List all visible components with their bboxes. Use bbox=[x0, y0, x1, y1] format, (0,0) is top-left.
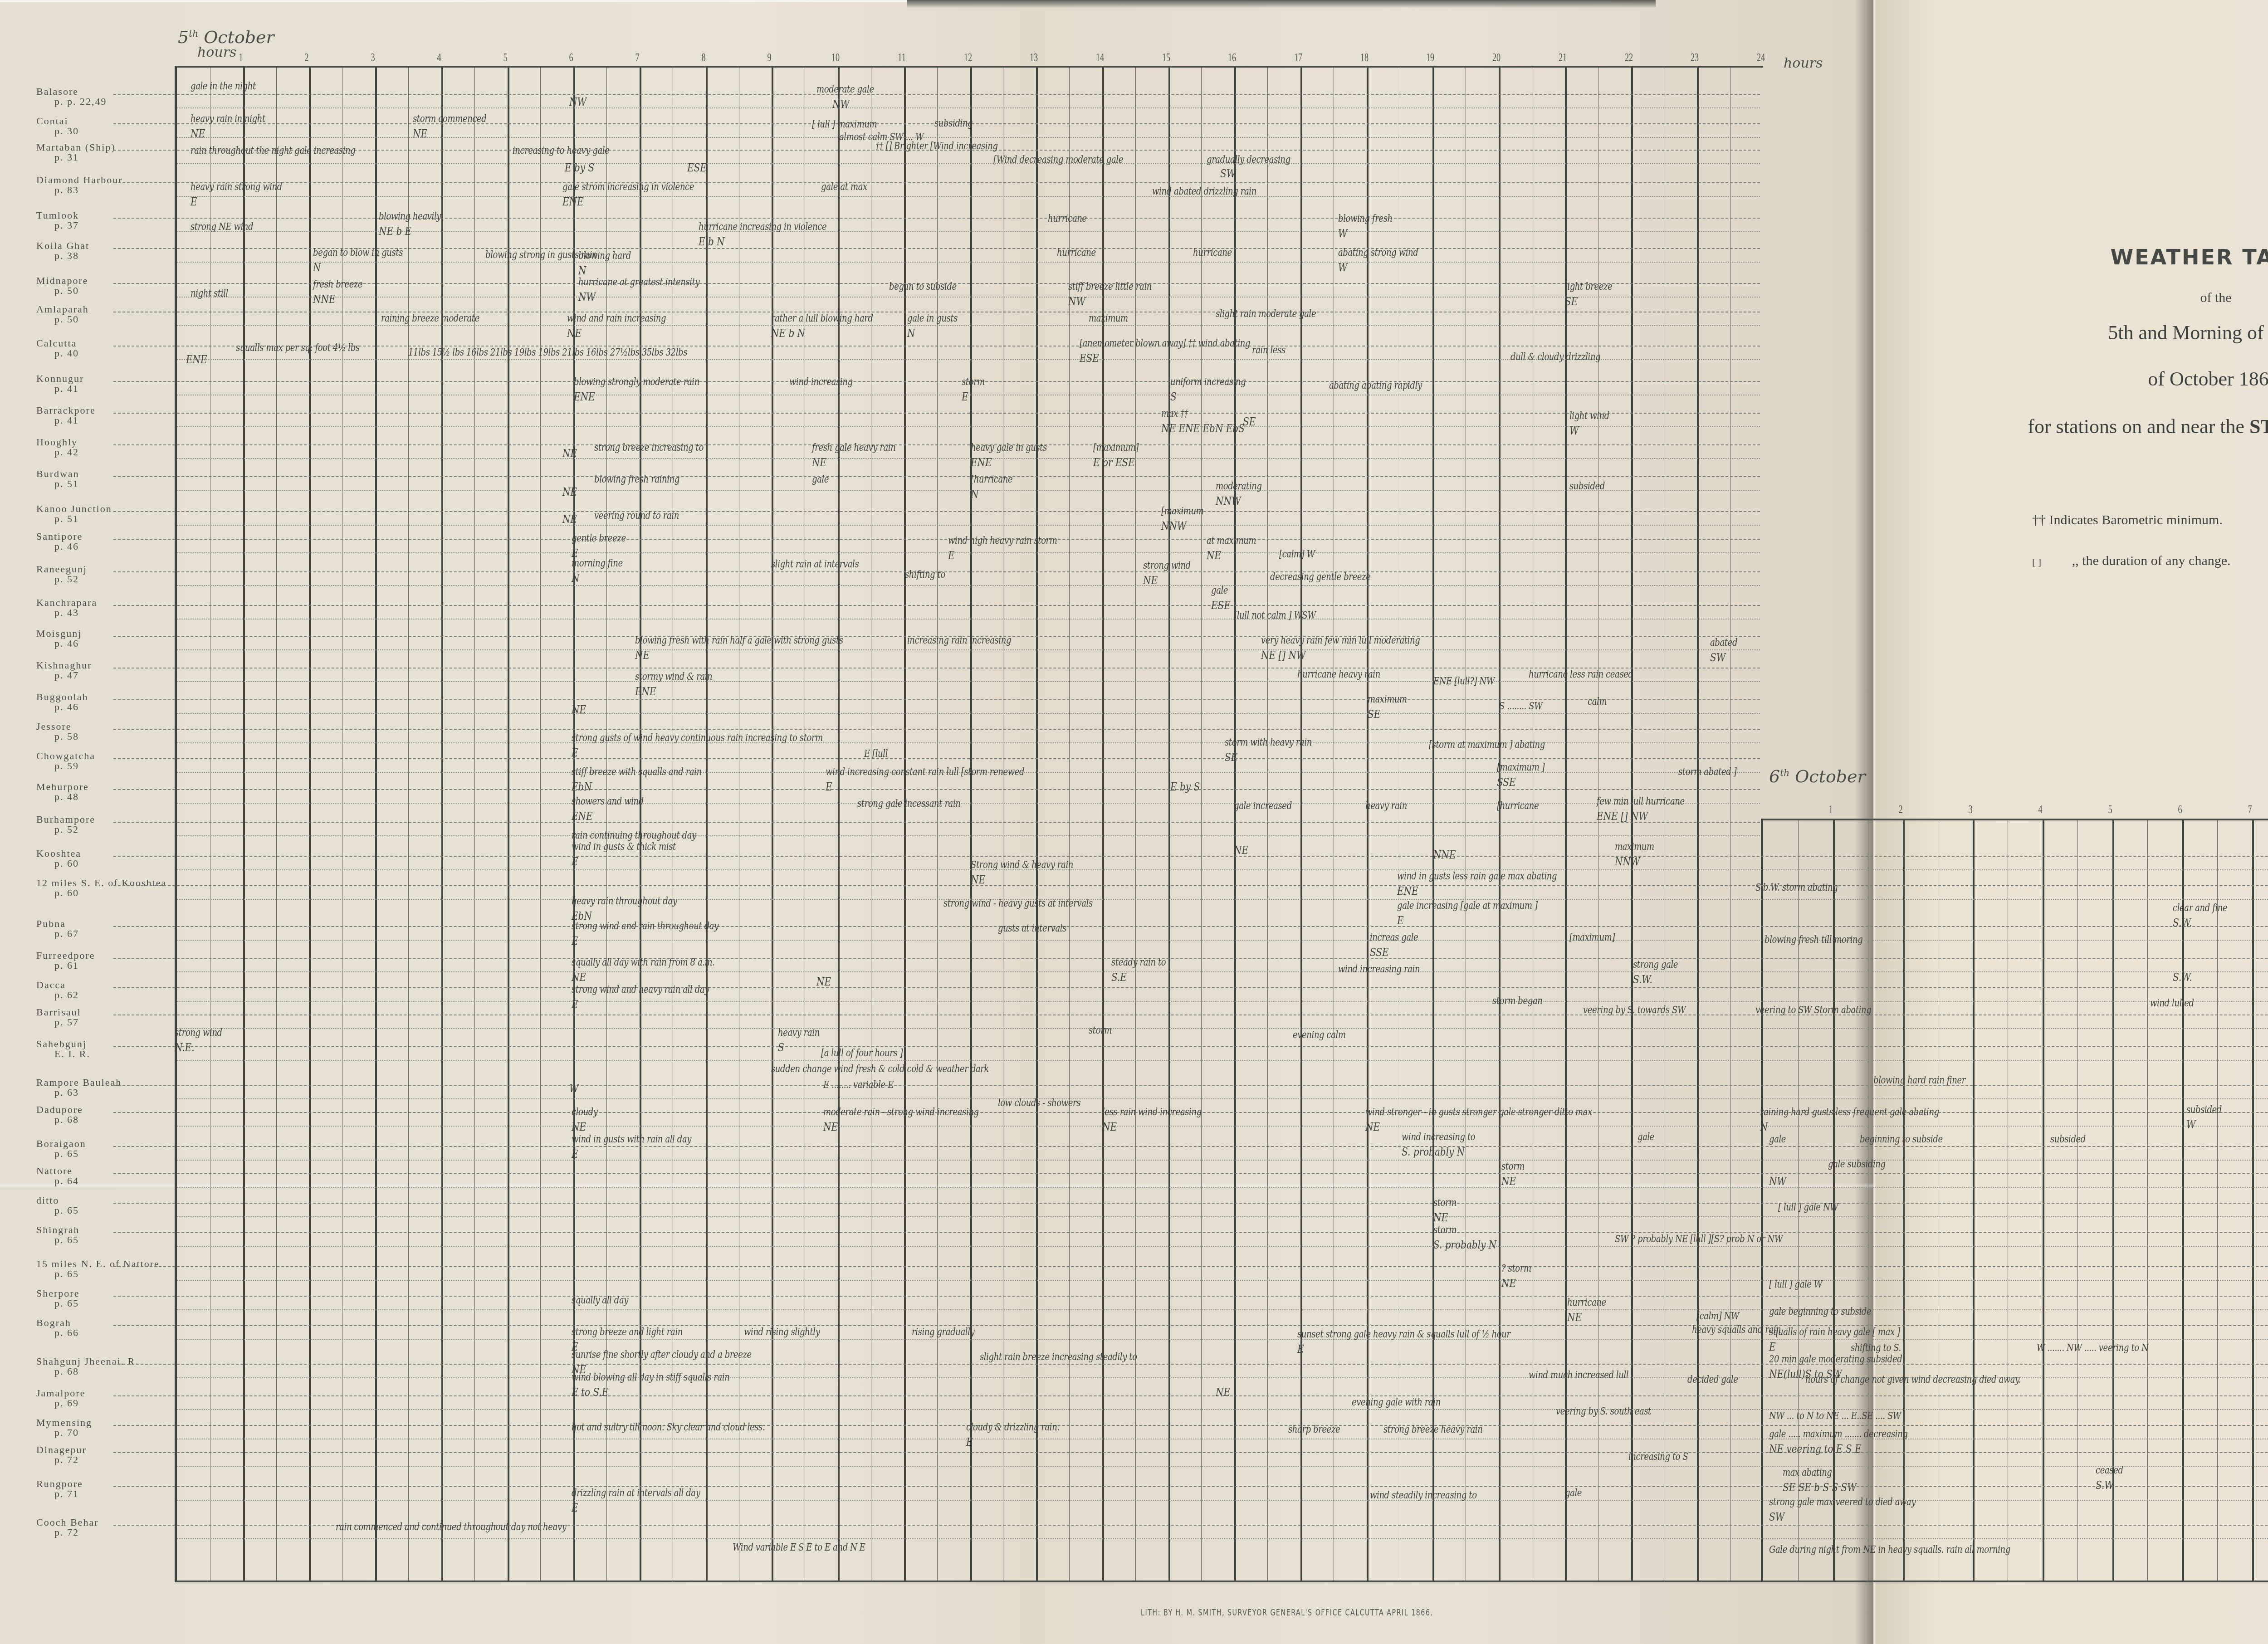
wind-direction: N bbox=[572, 571, 580, 585]
wind-direction: NE bbox=[1501, 1277, 1516, 1290]
weather-note: rain throughout the night gale increasin… bbox=[191, 145, 355, 156]
storm-track-emphasis: STORM TRACK. bbox=[2249, 415, 2268, 438]
weather-note: gusts at intervals bbox=[998, 923, 1066, 934]
weather-note: strong wind and rain throughout day bbox=[572, 921, 719, 932]
hour-label: 14 bbox=[1096, 51, 1104, 64]
weather-note: strong wind and heavy rain all day bbox=[572, 984, 709, 995]
wind-direction: ESE bbox=[1211, 599, 1231, 612]
weather-note: uniform increasing bbox=[1170, 376, 1246, 388]
station-page-ref: p. 46 bbox=[36, 541, 181, 551]
station-name: Boraigaon bbox=[36, 1139, 181, 1149]
weather-note: [ lull ] gale W bbox=[1769, 1279, 1822, 1290]
wind-direction-row-line bbox=[177, 552, 1760, 553]
station-name: Rungpore bbox=[36, 1479, 181, 1489]
wind-direction: N bbox=[971, 488, 979, 501]
station-label: Boraigaonp. 65 bbox=[36, 1139, 181, 1159]
weather-note: rain continuing throughout day bbox=[572, 830, 696, 841]
weather-note: squally all day with rain from 8 a.m. bbox=[572, 957, 715, 968]
station-name: Midnapore bbox=[36, 276, 181, 286]
station-name: 12 miles S. E. of Kooshtea bbox=[36, 878, 181, 888]
weather-note: wind stronger - in gusts stronger gale s… bbox=[1365, 1107, 1592, 1118]
station-name: Rampore Bauleah bbox=[36, 1078, 181, 1088]
weather-note: [lull not calm ] WSW bbox=[1234, 610, 1316, 621]
weather-note: shifting to bbox=[905, 569, 945, 581]
station-name: Barrisaul bbox=[36, 1007, 181, 1017]
wind-direction: S.W. bbox=[1633, 973, 1652, 986]
weather-note: storm bbox=[1501, 1161, 1525, 1172]
weather-note: 20 min gale moderating subsided bbox=[1769, 1354, 1902, 1365]
weather-note: gale bbox=[1637, 1132, 1654, 1143]
station-page-ref: p. 69 bbox=[36, 1398, 181, 1408]
wind-direction-row-line bbox=[177, 196, 1760, 197]
wind-direction: ENE bbox=[574, 390, 595, 403]
weather-note: maximum bbox=[1615, 841, 1654, 853]
weather-note: strong gusts of wind heavy continuous ra… bbox=[572, 732, 823, 744]
station-page-ref: p. 46 bbox=[36, 702, 181, 712]
wind-direction: NE bbox=[567, 327, 582, 340]
wind-direction: NW bbox=[1068, 295, 1085, 308]
weather-note: evening calm bbox=[1293, 1029, 1346, 1041]
hour-label: 2 bbox=[1898, 803, 1902, 816]
hour-gridline bbox=[441, 68, 443, 1581]
weather-note: gale bbox=[1769, 1134, 1786, 1145]
weather-note: hurricane bbox=[1193, 247, 1232, 259]
station-name: Kishnaghur bbox=[36, 660, 181, 670]
weather-note: [calm] W bbox=[1279, 549, 1315, 560]
wind-direction: ENE bbox=[562, 195, 584, 208]
weather-note: wind lulled bbox=[2150, 998, 2194, 1009]
station-row-line bbox=[113, 668, 1760, 668]
station-label: Moisgunjp. 46 bbox=[36, 629, 181, 649]
weather-note: SW ? probably NE [lull ][S? prob N or NW bbox=[1615, 1234, 1783, 1245]
weather-note: wind blowing all day in stiff squalls ra… bbox=[572, 1372, 729, 1383]
legend-duration-change: [ ] ,, the duration of any change. bbox=[2032, 553, 2231, 569]
station-name: Pubna bbox=[36, 919, 181, 929]
weather-note: strong wind bbox=[1143, 560, 1191, 571]
wind-direction-row-line bbox=[177, 1246, 2268, 1247]
weather-note: gale bbox=[1211, 585, 1228, 596]
double-dagger-icon: †† bbox=[2032, 512, 2046, 527]
weather-note: rain commenced and continued throughout … bbox=[336, 1522, 566, 1533]
station-name: Balasore bbox=[36, 87, 181, 97]
station-name: ditto bbox=[36, 1195, 181, 1205]
wind-direction-row-line bbox=[177, 1160, 2268, 1161]
station-name: Dinagepur bbox=[36, 1445, 181, 1455]
wind-direction: E bbox=[572, 855, 578, 868]
weather-note: S.b.W. storm abating bbox=[1755, 882, 1838, 893]
wind-direction: NNW bbox=[1615, 855, 1640, 868]
station-label: Furreedporep. 61 bbox=[36, 951, 181, 971]
hour-label: 4 bbox=[437, 51, 441, 64]
wind-direction-row-line bbox=[177, 107, 1760, 108]
hour-label: 7 bbox=[635, 51, 639, 64]
wind-direction-row-line bbox=[177, 297, 1760, 298]
station-row-line bbox=[113, 1173, 2268, 1174]
wind-direction-row-line bbox=[177, 971, 2268, 972]
station-name: Nattore bbox=[36, 1166, 181, 1176]
hour-gridline bbox=[309, 68, 311, 1581]
weather-note: beginning to subside bbox=[1860, 1134, 1943, 1145]
wind-direction: E bbox=[572, 998, 578, 1011]
station-name: Kanoo Junction bbox=[36, 504, 181, 514]
hour-gridline bbox=[508, 68, 509, 1581]
wind-direction: SE bbox=[1225, 751, 1237, 764]
weather-note: storm bbox=[1089, 1025, 1112, 1036]
station-page-ref: p. 65 bbox=[36, 1205, 181, 1215]
wind-direction: E to S.E bbox=[572, 1385, 608, 1399]
weather-note: hurricane less rain ceased bbox=[1529, 669, 1633, 680]
wind-direction: S.W. bbox=[2173, 971, 2192, 984]
hour-label: 13 bbox=[1030, 51, 1038, 64]
station-page-ref: p. 66 bbox=[36, 1328, 181, 1338]
wind-direction: ENE bbox=[635, 685, 656, 698]
wind-direction-row-line bbox=[177, 869, 2268, 870]
hour-label: 3 bbox=[1968, 803, 1972, 816]
weather-note: veering by S. towards SW bbox=[1583, 1005, 1686, 1016]
weather-note: [maximum] bbox=[1093, 442, 1139, 454]
weather-note: slight rain moderate gale bbox=[1216, 308, 1316, 320]
weather-note: fresh breeze bbox=[313, 279, 362, 290]
wind-direction: NW bbox=[578, 290, 596, 303]
station-name: Contai bbox=[36, 116, 181, 126]
wind-direction: NE bbox=[572, 1120, 586, 1133]
subtitle-year: of October 1864, bbox=[1876, 367, 2268, 390]
wind-direction-row-line bbox=[177, 1187, 2268, 1188]
half-hour-gridline bbox=[1664, 68, 1664, 1581]
weather-note: slight rain at intervals bbox=[771, 559, 859, 570]
wind-direction: NE ENE EbN EbS bbox=[1161, 422, 1245, 435]
weather-note: hurricane bbox=[1048, 213, 1087, 224]
wind-direction: SW bbox=[1220, 167, 1236, 180]
station-name: Mymensing bbox=[36, 1418, 181, 1428]
station-row-line bbox=[113, 444, 1760, 445]
weather-note: heavy squalls and rain bbox=[1692, 1324, 1781, 1336]
station-row-line bbox=[113, 758, 1760, 759]
subtitle-of-the: of the bbox=[1876, 290, 2268, 306]
station-row-line bbox=[113, 856, 2268, 857]
hour-gridline bbox=[772, 68, 773, 1581]
hour-gridline bbox=[1432, 68, 1434, 1581]
wind-direction-row-line bbox=[177, 619, 1760, 620]
wind-direction: E bbox=[191, 195, 197, 208]
station-page-ref: p. 38 bbox=[36, 251, 181, 261]
station-label: Contaip. 30 bbox=[36, 116, 181, 136]
weather-note: increas gale bbox=[1370, 932, 1418, 943]
weather-note: blowing fresh with rain half a gale with… bbox=[635, 635, 843, 646]
station-name: Diamond Harbour bbox=[36, 175, 181, 185]
wind-direction-row-line bbox=[177, 1098, 2268, 1099]
weather-note: drizzling rain at intervals all day bbox=[572, 1488, 700, 1499]
hour-label: 8 bbox=[701, 51, 705, 64]
wind-direction: E bbox=[1769, 1340, 1776, 1353]
station-page-ref: p. 65 bbox=[36, 1149, 181, 1159]
station-row-line bbox=[113, 926, 2268, 927]
station-label: Kanoo Junctionp. 51 bbox=[36, 504, 181, 524]
weather-note: heavy rain strong wind bbox=[191, 181, 282, 193]
station-label: Raneegunjp. 52 bbox=[36, 564, 181, 584]
wind-direction: W bbox=[1569, 424, 1579, 437]
half-hour-gridline bbox=[1466, 68, 1466, 1581]
hour-label: 5 bbox=[503, 51, 507, 64]
weather-note: subsided bbox=[2050, 1134, 2086, 1145]
station-row-line bbox=[113, 1046, 2268, 1047]
weather-note: sudden change wind fresh & cold cold & w… bbox=[771, 1063, 989, 1075]
station-page-ref: p. 60 bbox=[36, 888, 181, 898]
station-page-ref: p. 31 bbox=[36, 152, 181, 162]
weather-note: sharp breeze bbox=[1288, 1424, 1340, 1435]
wind-direction-row-line bbox=[177, 585, 1760, 586]
station-row-line bbox=[113, 822, 1760, 823]
wind-direction: S.E bbox=[1111, 971, 1127, 984]
half-hour-gridline bbox=[805, 68, 805, 1581]
hour-label: 4 bbox=[2038, 803, 2042, 816]
date-label-6th: 6th October bbox=[1769, 766, 1866, 786]
hour-label: 2 bbox=[305, 51, 309, 64]
weather-note: storm with heavy rain bbox=[1225, 737, 1312, 748]
bracket-icon: [ ] bbox=[2032, 556, 2041, 567]
title-block: WEATHER TABLE of the 5th and Morning of … bbox=[1876, 0, 2268, 635]
station-row-line bbox=[113, 539, 1760, 540]
weather-note: fresh gale heavy rain bbox=[812, 442, 895, 454]
hour-label: 12 bbox=[963, 51, 972, 64]
station-label: Buggoolahp. 46 bbox=[36, 692, 181, 712]
hour-label: 6 bbox=[569, 51, 573, 64]
wind-direction: SW bbox=[1710, 651, 1725, 664]
station-label: Bograhp. 66 bbox=[36, 1318, 181, 1338]
hour-label: 1 bbox=[239, 51, 243, 64]
station-label: Martaban (Ship)p. 31 bbox=[36, 142, 181, 162]
station-page-ref: p. 51 bbox=[36, 479, 181, 489]
weather-note: gale increased bbox=[1234, 800, 1292, 812]
weather-note: strong breeze increasing to bbox=[594, 442, 704, 454]
wind-direction: SSE bbox=[1370, 946, 1389, 959]
wind-direction-row-line bbox=[177, 835, 1760, 836]
weather-note: wind high heavy rain storm bbox=[948, 535, 1057, 546]
wind-direction-row-line bbox=[177, 899, 2268, 900]
wind-direction: S.W. bbox=[2173, 916, 2192, 929]
station-row-line bbox=[113, 1296, 2268, 1297]
weather-note: Wind variable E S E to E and N E bbox=[733, 1542, 865, 1553]
weather-note: NW ... to N to NE ... E..SE .... SW bbox=[1769, 1410, 1901, 1422]
station-page-ref: p. 65 bbox=[36, 1298, 181, 1308]
station-label: Hooghlyp. 42 bbox=[36, 437, 181, 457]
station-label: 15 miles N. E. of Nattorep. 65 bbox=[36, 1259, 181, 1279]
wind-direction: S bbox=[1170, 390, 1177, 403]
station-name: Jessore bbox=[36, 722, 181, 732]
wind-direction: ESE bbox=[1080, 351, 1099, 365]
station-row-line bbox=[113, 1266, 2268, 1267]
weather-note: storm bbox=[1433, 1197, 1457, 1209]
weather-note: abating strong wind bbox=[1338, 247, 1418, 259]
station-page-ref: p. 48 bbox=[36, 792, 181, 802]
weather-note: max †† bbox=[1161, 408, 1188, 420]
wind-direction: E or ESE bbox=[1093, 456, 1135, 469]
station-page-ref: p. 68 bbox=[36, 1115, 181, 1125]
station-page-ref: p. 40 bbox=[36, 348, 181, 358]
wind-direction-row-line bbox=[177, 713, 1760, 714]
station-row-line bbox=[113, 605, 1760, 606]
station-label: Mehurporep. 48 bbox=[36, 782, 181, 802]
station-label: Daduporep. 68 bbox=[36, 1105, 181, 1125]
station-page-ref: p. 83 bbox=[36, 185, 181, 195]
station-page-ref: p. 51 bbox=[36, 514, 181, 524]
station-label: Barrisaulp. 57 bbox=[36, 1007, 181, 1027]
weather-note: strong NE wind bbox=[191, 221, 253, 233]
half-hour-gridline bbox=[1201, 68, 1202, 1581]
station-row-line bbox=[113, 381, 1760, 382]
weather-note: rather a lull blowing hard bbox=[771, 313, 873, 324]
station-label: dittop. 65 bbox=[36, 1195, 181, 1215]
wind-direction: ENE bbox=[572, 810, 593, 823]
hour-gridline bbox=[375, 68, 377, 1581]
station-row-line bbox=[113, 1146, 2268, 1147]
grid-5th-october bbox=[175, 66, 1763, 1582]
weather-note: heavy gale in gusts bbox=[971, 442, 1047, 454]
station-row-line bbox=[113, 182, 1760, 183]
weather-note: gradually decreasing bbox=[1207, 154, 1290, 166]
weather-note: [anemometer blown away] †† wind abating bbox=[1080, 338, 1250, 349]
station-name: Calcutta bbox=[36, 338, 181, 348]
weather-note: hours of change not given wind decreasin… bbox=[1805, 1374, 2021, 1385]
weather-note: night still bbox=[191, 288, 228, 299]
weather-note: [ lull ] gale NW bbox=[1778, 1202, 1838, 1213]
weather-note: strong breeze heavy rain bbox=[1383, 1424, 1482, 1435]
weather-note: cloudy & drizzling rain. bbox=[966, 1422, 1060, 1433]
station-label: SahebgunjE. I. R. bbox=[36, 1039, 181, 1059]
wind-direction: EbN bbox=[572, 780, 592, 793]
wind-direction: NE bbox=[413, 127, 427, 140]
station-page-ref: p. 50 bbox=[36, 314, 181, 324]
subtitle-dates: 5th and Morning of the 6th bbox=[1876, 321, 2268, 344]
weather-note: clear and fine bbox=[2173, 902, 2227, 914]
station-row-line bbox=[113, 1015, 2268, 1015]
wind-direction: NE bbox=[572, 703, 586, 716]
weather-note: dull & cloudy drizzling bbox=[1510, 351, 1600, 363]
wind-direction: ESE bbox=[687, 161, 707, 174]
wind-direction: E bbox=[1297, 1342, 1304, 1356]
weather-note: showers and wind bbox=[572, 796, 644, 807]
weather-note: [maximum] bbox=[1569, 932, 1615, 943]
weather-note: maximum bbox=[1089, 313, 1128, 324]
station-row-line bbox=[113, 1486, 2268, 1487]
weather-note: †† [] Brighter [Wind increasing bbox=[875, 141, 998, 152]
weather-note: [hurricane bbox=[971, 474, 1012, 485]
wind-direction-row-line bbox=[177, 163, 1760, 164]
station-name: Dacca bbox=[36, 980, 181, 990]
wind-direction: ENE bbox=[186, 353, 207, 366]
wind-direction: S. probably N bbox=[1402, 1145, 1465, 1158]
weather-note: [maximum bbox=[1161, 506, 1203, 517]
lithographer-imprint: LITH: BY H. M. SMITH, SURVEYOR GENERAL'S… bbox=[1141, 1608, 1433, 1618]
scan-shadow bbox=[907, 0, 1656, 8]
weather-note: gale increasing [gale at maximum ] bbox=[1397, 900, 1538, 912]
station-name: Bograh bbox=[36, 1318, 181, 1328]
weather-note: increasing to S bbox=[1628, 1451, 1688, 1463]
station-label: Sherporep. 65 bbox=[36, 1288, 181, 1308]
hour-gridline bbox=[1234, 68, 1236, 1581]
weather-note: gale in gusts bbox=[907, 313, 958, 324]
hour-gridline bbox=[1367, 68, 1369, 1581]
weather-note: wind in gusts with rain all day bbox=[572, 1134, 691, 1145]
wind-direction: NE bbox=[1207, 549, 1221, 562]
weather-note: at maximum bbox=[1207, 535, 1256, 546]
weather-note: gale at max bbox=[821, 181, 867, 193]
station-label: Jamalporep. 69 bbox=[36, 1388, 181, 1408]
weather-note: blowing hard bbox=[578, 250, 631, 262]
station-row-line bbox=[113, 958, 2268, 959]
station-label: Kishnaghurp. 47 bbox=[36, 660, 181, 680]
wind-direction: NE bbox=[191, 127, 205, 140]
station-row-line bbox=[113, 511, 1760, 512]
weather-note: blowing fresh bbox=[1338, 213, 1393, 224]
weather-note: wind in gusts & thick mist bbox=[572, 841, 676, 853]
station-name: Raneegunj bbox=[36, 564, 181, 574]
wind-direction: NNW bbox=[1161, 519, 1187, 532]
wind-direction-row-line bbox=[177, 458, 1760, 459]
half-hour-gridline bbox=[408, 68, 409, 1581]
half-hour-gridline bbox=[1400, 68, 1400, 1581]
weather-note: light breeze bbox=[1565, 281, 1612, 293]
wind-direction: N bbox=[578, 264, 587, 277]
station-label: Amlaparahp. 50 bbox=[36, 304, 181, 324]
station-label: Rampore Bauleahp. 63 bbox=[36, 1078, 181, 1098]
station-page-ref: p. 30 bbox=[36, 126, 181, 136]
half-hour-gridline bbox=[1730, 68, 1730, 1581]
weather-note: heavy rain in night bbox=[191, 113, 265, 125]
half-hour-gridline bbox=[1334, 68, 1334, 1581]
station-page-ref: p. 37 bbox=[36, 220, 181, 230]
hour-label: 18 bbox=[1360, 51, 1369, 64]
station-page-ref: p. 61 bbox=[36, 961, 181, 971]
weather-note: gale strom increasing in violence bbox=[562, 181, 694, 193]
weather-note: [Wind decreasing moderate gale bbox=[993, 154, 1123, 166]
station-name: Tumlook bbox=[36, 210, 181, 220]
station-name: Chowgatcha bbox=[36, 751, 181, 761]
weather-note: wind abated drizzling rain bbox=[1152, 186, 1256, 197]
wind-direction: NE bbox=[635, 649, 650, 662]
station-page-ref: p. 41 bbox=[36, 415, 181, 425]
station-row-line bbox=[113, 476, 1760, 477]
wind-direction: E bbox=[572, 746, 578, 759]
wind-direction: ENE bbox=[971, 456, 992, 469]
wind-direction-row-line bbox=[177, 1409, 2268, 1410]
weather-note: strong breeze and light rain bbox=[572, 1327, 683, 1338]
wind-direction: NE bbox=[816, 975, 831, 988]
wind-direction-row-line bbox=[177, 325, 1760, 326]
wind-direction: NE bbox=[572, 971, 586, 984]
weather-note: ceased bbox=[2096, 1465, 2123, 1476]
station-page-ref: p. 65 bbox=[36, 1235, 181, 1245]
wind-direction: NE bbox=[823, 1120, 838, 1133]
wind-direction: E b N bbox=[699, 235, 725, 248]
hour-label: 5 bbox=[2108, 803, 2112, 816]
weather-note: storm abated ] bbox=[1678, 766, 1736, 778]
weather-note: decided gale bbox=[1687, 1374, 1738, 1385]
station-label: Burdwanp. 51 bbox=[36, 469, 181, 489]
station-page-ref: p. 60 bbox=[36, 859, 181, 868]
weather-note: heavy rain bbox=[1365, 800, 1407, 812]
weather-note: [maximum ] bbox=[1497, 762, 1545, 773]
weather-note: wind and rain increasing bbox=[567, 313, 666, 324]
wind-direction: NE bbox=[1433, 1211, 1448, 1224]
wind-direction: NE b E bbox=[379, 224, 411, 238]
station-name: Santipore bbox=[36, 532, 181, 541]
wind-direction: N bbox=[1760, 1120, 1768, 1133]
station-page-ref: p. 68 bbox=[36, 1366, 181, 1376]
weather-note: abating abating rapidly bbox=[1329, 380, 1422, 391]
weather-note: blowing fresh till moring bbox=[1765, 934, 1862, 946]
station-label: Pubnap. 67 bbox=[36, 919, 181, 939]
